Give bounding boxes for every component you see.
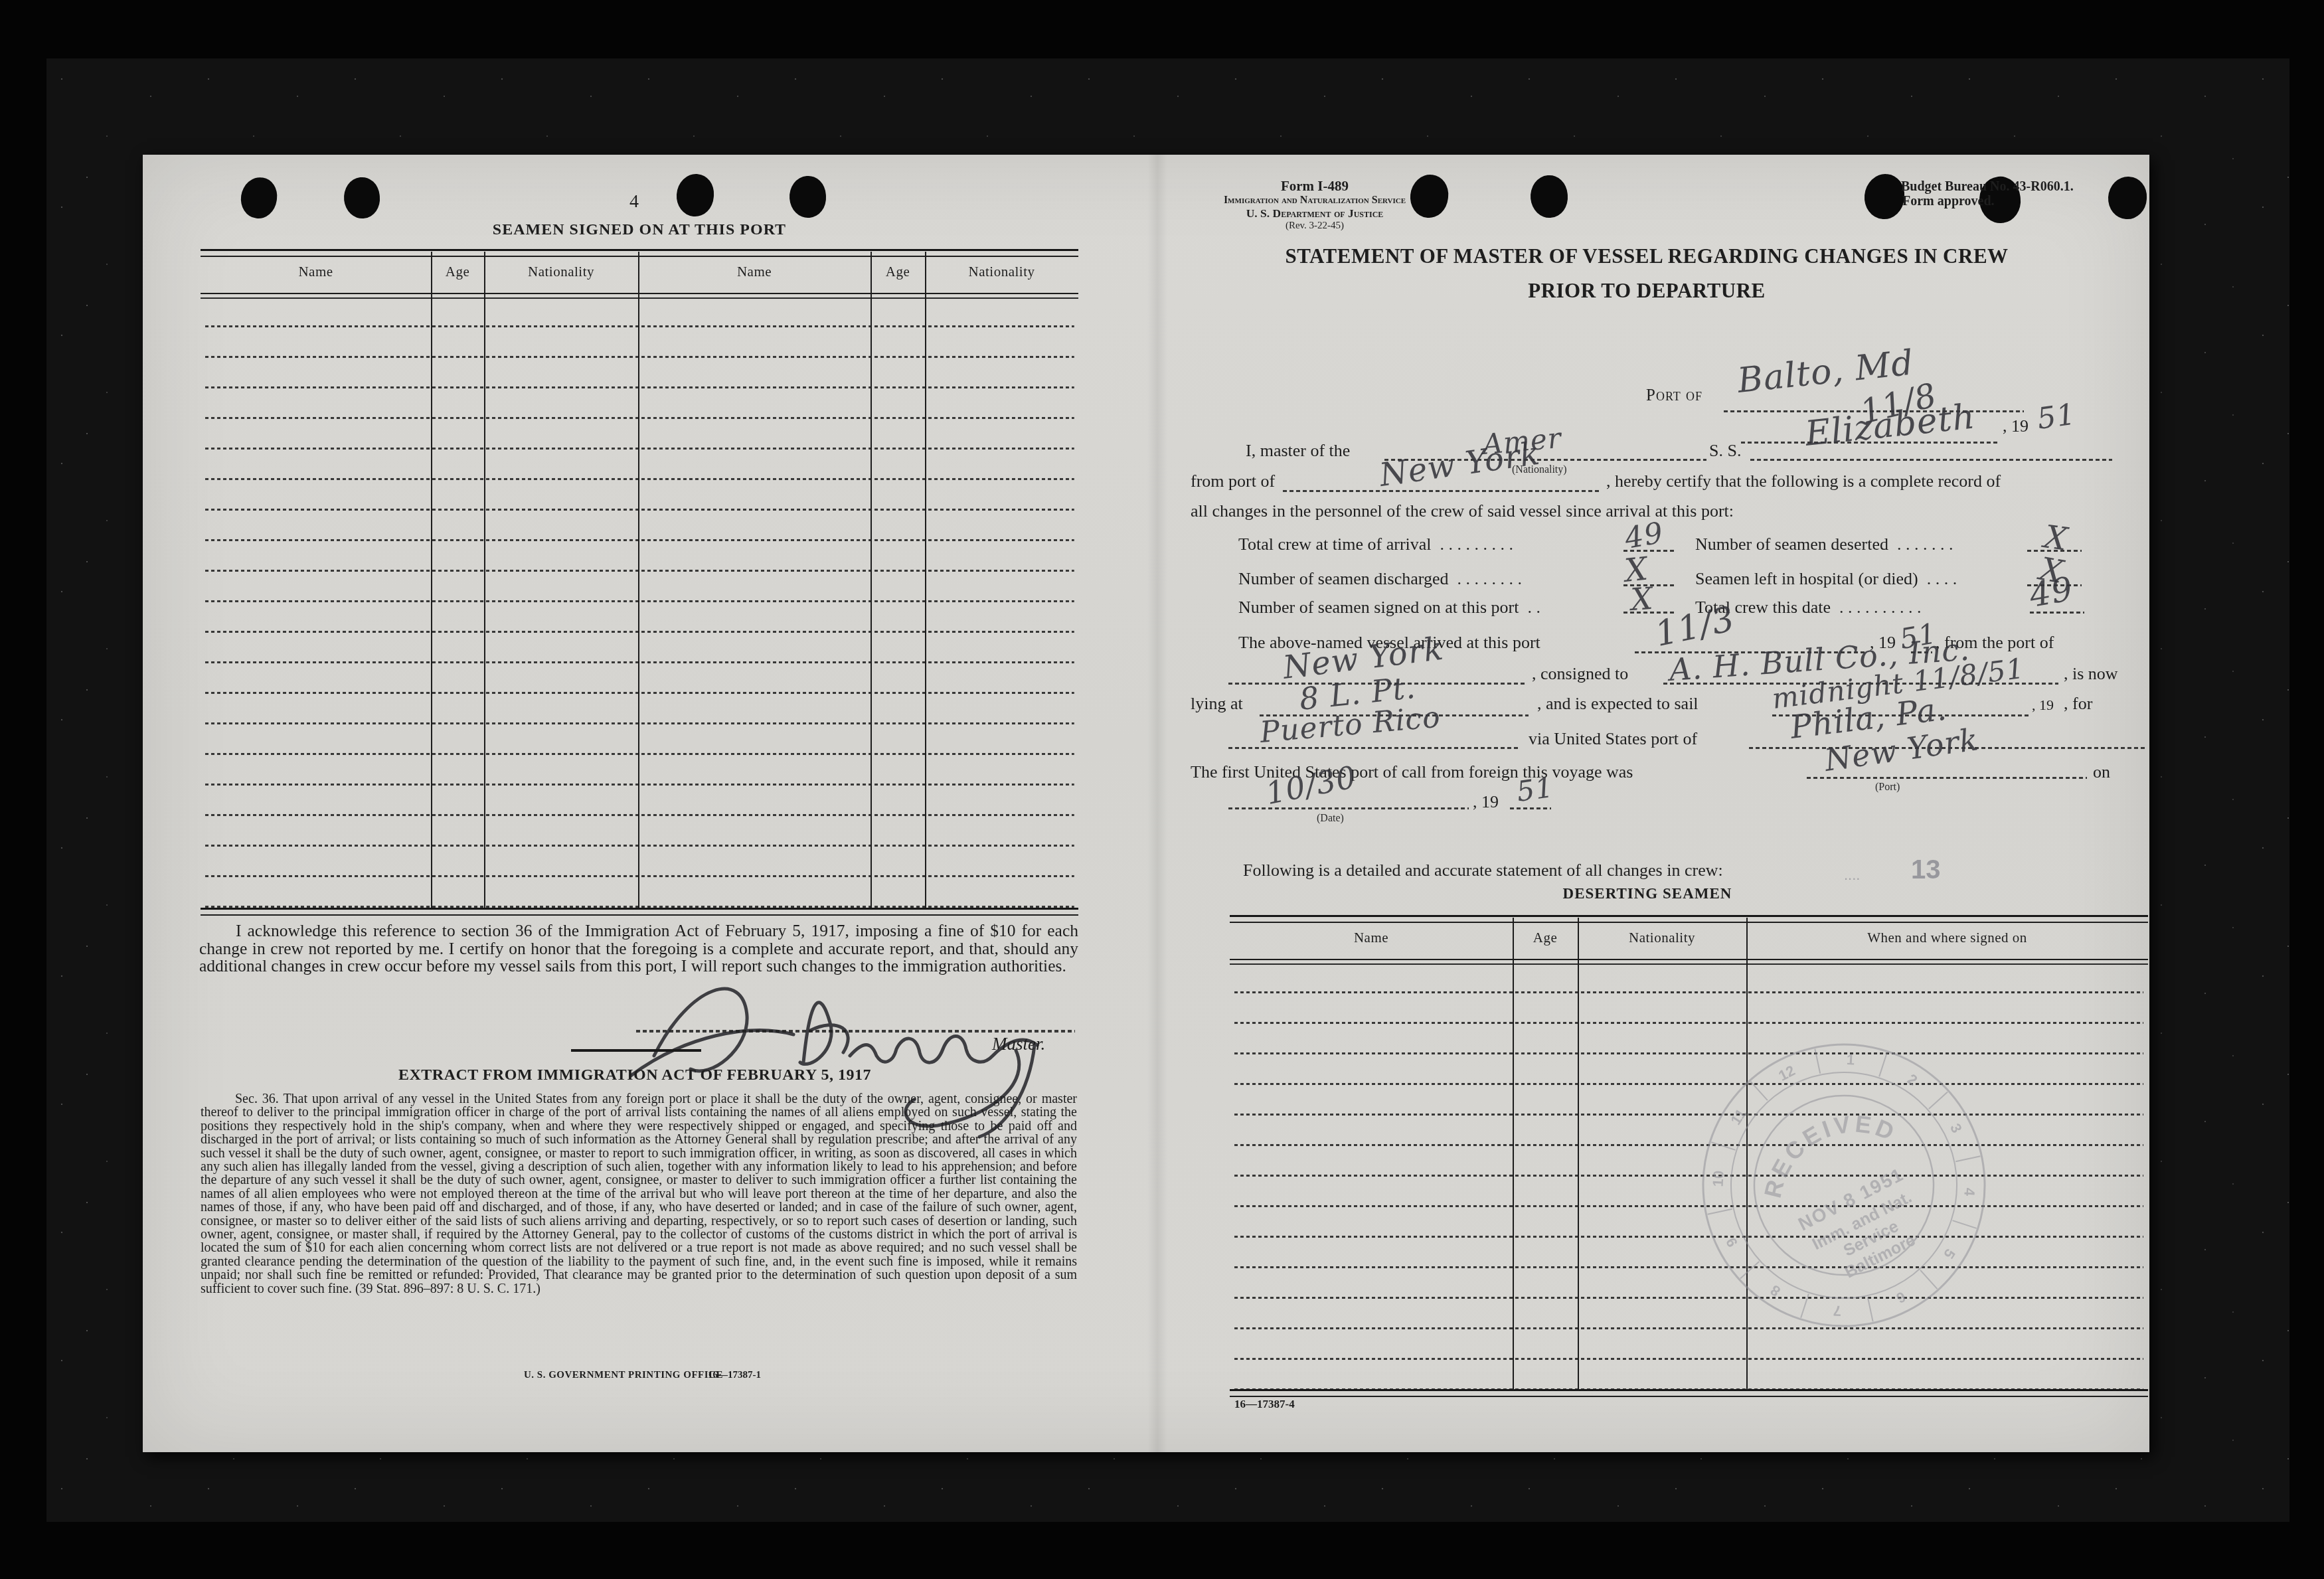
port-caption: (Port) (1875, 782, 1900, 793)
page-number: 4 (629, 191, 639, 212)
form-title-line1: STATEMENT OF MASTER OF VESSEL REGARDING … (1248, 244, 2045, 268)
stat-label: Total crew at time of arrival . . . . . … (1238, 535, 1513, 554)
form-print-number: 16—17387-1 (708, 1370, 761, 1381)
extract-paragraph: Sec. 36. That upon arrival of any vessel… (201, 1092, 1077, 1295)
master-signature-label: Master. (992, 1034, 1045, 1054)
column-header-nationality: Nationality (484, 264, 638, 280)
first-port-label: The first United States port of call fro… (1191, 762, 1633, 782)
stamp-clock-dial: 121234567891011 (1688, 1029, 2000, 1341)
is-now-label: , is now (2064, 664, 2118, 684)
hereby-certify-text: , hereby certify that the following is a… (1606, 471, 2001, 491)
svg-text:9: 9 (1722, 1235, 1741, 1250)
agency-label: Immigration and Naturalization Service (1201, 195, 1429, 207)
svg-text:1: 1 (1846, 1051, 1855, 1068)
column-header-age: Age (1513, 930, 1578, 946)
seamen-signed-table: Name Age Nationality Name Age Nationalit… (201, 249, 1078, 913)
svg-text:5: 5 (1940, 1246, 1959, 1262)
following-statement-label: Following is a detailed and accurate sta… (1243, 861, 1723, 880)
ss-label: S. S. (1709, 441, 1741, 461)
first-port-year-label: , 19 (1473, 792, 1499, 812)
vessel-name-line (1750, 459, 2112, 461)
table-top-rule (201, 249, 1078, 257)
center-fold-crease (1147, 155, 1167, 1452)
page-count-stamp: 13 (1911, 855, 1941, 885)
via-us-port-label: via United States port of (1529, 729, 1697, 749)
column-header-when-where: When and where signed on (1746, 930, 2148, 946)
column-header-nationality: Nationality (925, 264, 1078, 280)
budget-bureau-label: Budget Bureau No. 43-R060.1. (1901, 179, 2074, 195)
port-of-label: Port of (1646, 386, 1702, 405)
consigned-to-label: , consigned to (1532, 664, 1628, 684)
sail-year-label: , 19 (2032, 697, 2054, 714)
divider-line (571, 1049, 701, 1052)
form-id-block: Form I-489 Immigration and Naturalizatio… (1201, 178, 1429, 232)
svg-text:10: 10 (1710, 1170, 1727, 1187)
first-port-date-line (1228, 807, 1469, 809)
svg-text:12: 12 (1776, 1062, 1797, 1084)
revision-label: (Rev. 3-22-45) (1201, 220, 1429, 232)
signature-line (636, 1030, 1075, 1033)
stat-value: X (1629, 580, 1654, 618)
received-stamp: 121234567891011 RECEIVED NOV 8 1951 Imm.… (1688, 1029, 2000, 1341)
svg-text:2: 2 (1904, 1070, 1920, 1089)
first-port-line (1807, 777, 2087, 779)
column-header-age: Age (871, 264, 925, 280)
from-port-label: from port of (1191, 471, 1275, 491)
svg-text:4: 4 (1961, 1187, 1978, 1197)
column-header-nationality: Nationality (1578, 930, 1746, 946)
stat-label: Number of seamen discharged . . . . . . … (1238, 569, 1522, 589)
column-header-name: Name (1230, 930, 1513, 946)
column-header-name: Name (201, 264, 431, 280)
scanned-document-page: 4 SEAMEN SIGNED ON AT THIS PORT Name Age… (0, 0, 2324, 1579)
svg-text:3: 3 (1947, 1121, 1965, 1135)
lying-at-label: lying at (1191, 694, 1243, 714)
form-title-line2: PRIOR TO DEPARTURE (1248, 279, 2045, 303)
form-number-label: Form I-489 (1201, 178, 1429, 195)
table-bottom-rule (201, 908, 1078, 916)
year-value: 51 (2035, 397, 2078, 436)
table-top-rule (1230, 915, 2148, 923)
for-label: , for (2064, 694, 2092, 714)
empty-table-rows (201, 297, 1078, 908)
form-print-number: 16—17387-4 (1234, 1398, 1295, 1411)
i-master-label: I, master of the (1246, 441, 1350, 461)
deserting-seamen-title: DESERTING SEAMEN (1515, 885, 1780, 902)
stat-label: Number of seamen signed on at this port … (1238, 598, 1540, 618)
date-caption: (Date) (1317, 813, 1344, 825)
stat-label: Number of seamen deserted . . . . . . . (1695, 535, 1953, 554)
stat-value: 49 (2027, 569, 2076, 615)
on-label: on (2093, 762, 2110, 782)
department-label: U. S. Department of Justice (1201, 207, 1429, 220)
expected-to-sail-label: , and is expected to sail (1537, 694, 1699, 714)
column-header-age: Age (431, 264, 484, 280)
faint-dots-mark: .... (1844, 867, 1860, 884)
stat-label: Seamen left in hospital (or died) . . . … (1695, 569, 1957, 589)
svg-text:11: 11 (1727, 1106, 1750, 1127)
printing-office-footer: U. S. GOVERNMENT PRINTING OFFICE (524, 1370, 723, 1381)
extract-title: EXTRACT FROM IMMIGRATION ACT OF FEBRUARY… (303, 1066, 967, 1084)
form-approved-label: Form approved. (1902, 194, 1995, 209)
column-header-name: Name (638, 264, 871, 280)
svg-text:8: 8 (1768, 1282, 1784, 1300)
svg-text:7: 7 (1833, 1302, 1842, 1319)
svg-text:6: 6 (1894, 1288, 1908, 1307)
first-port-year-line (1510, 807, 1551, 809)
first-port-year-value: 51 (1515, 771, 1556, 808)
year-19-label: , 19 (2003, 416, 2029, 436)
from-port-line (1283, 490, 1602, 492)
left-table-title: SEAMEN SIGNED ON AT THIS PORT (440, 221, 839, 239)
